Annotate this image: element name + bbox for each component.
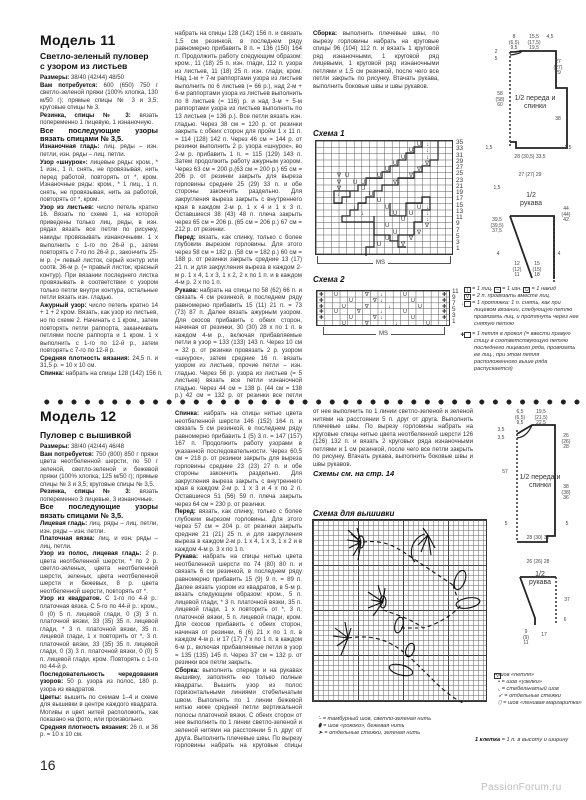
svg-text:∇: ∇	[416, 229, 422, 236]
svg-text:U: U	[385, 223, 389, 229]
section-divider	[40, 399, 580, 405]
m11-armhole-height: 27 (27) 29	[551, 60, 565, 77]
model12-back: Спинка: набрать на спицы нитью цвета нео…	[175, 410, 302, 508]
svg-text:∇: ∇	[364, 292, 369, 298]
model11-rib: Резинка, спицы № 3: вязать попеременно 1…	[40, 112, 158, 127]
model11-subtitle: Светло-зеленый пуловер с узором из листь…	[40, 51, 158, 71]
svg-text:↓: ↓	[353, 205, 356, 211]
model11-cord: Узор «шнурок»: лицевые ряды: кром., * 1 …	[40, 159, 158, 204]
schema1-ms-label: MS	[373, 260, 388, 266]
model11-column-3: Сборка: выполнить плечевые швы, по вырез…	[313, 30, 439, 90]
rococo-stitch-icon: ⬮	[318, 723, 322, 729]
svg-text:U: U	[342, 304, 346, 310]
svg-text:↓: ↓	[361, 211, 364, 217]
m12-cuff-width-a: 9 (9) 11	[522, 630, 530, 647]
model11-leaf: Узор из листьев: число петель кратно 16.…	[40, 204, 158, 302]
m11-cuff-left: 4	[494, 252, 502, 258]
model11-title: Модель 11	[40, 32, 158, 48]
svg-text:U: U	[393, 161, 397, 167]
m12-bottom-width: 28 (30) 32	[516, 536, 560, 542]
model12-front: Перед: вязать, как спинку, только с боле…	[175, 508, 302, 553]
m11-neck-depth-bottom: 5	[492, 57, 500, 63]
m11-cuff-width-a: 12 (12) 11	[512, 262, 522, 279]
m12-side-height: 38 (38) 36	[560, 485, 572, 502]
svg-text:✚: ✚	[319, 315, 324, 321]
m11-sleeve-top-width: 27 (27) 29	[510, 173, 550, 179]
svg-text:∇: ∇	[408, 235, 414, 242]
model12-density: Средняя плотность вязания: 26 п. и 36 р.…	[40, 724, 158, 739]
svg-text:U: U	[353, 180, 357, 186]
lace-pattern-symbols: ✚U∇↓U✚ ✚U∇↓U✚ ✚U∇↓U✚ ✚U∇↓U✚ ✚U∇↓U✚ U∇↓U	[317, 291, 451, 327]
m12-armhole-height: 26 (26) 28	[560, 434, 572, 451]
svg-text:U: U	[417, 142, 421, 148]
model12-garter: Платочная вязка: лиц. и изн. ряды – лиц.…	[40, 535, 158, 550]
schema2-chart: ✚U∇↓U✚ ✚U∇↓U✚ ✚U∇↓U✚ ✚U∇↓U✚ ✚U∇↓U✚ U∇↓U	[316, 290, 450, 326]
svg-text:U: U	[409, 211, 413, 217]
svg-text:U: U	[385, 167, 389, 173]
model11-sizes: Размеры: 38/40 (42/44) 48/50	[40, 74, 158, 82]
model11-density: Средняя плотность вязания: 24,5 п. и 31,…	[40, 355, 158, 370]
svg-text:U: U	[417, 205, 421, 211]
m12-cuff-width-b: 17	[539, 633, 549, 639]
model12-sequence: Последовательность чередования узоров: 5…	[40, 671, 158, 694]
embroidery-title: Схема для вышивки	[313, 509, 394, 518]
m11-sleeve-label: 1/2 рукава	[518, 192, 544, 208]
stitch-legend: V= шов «петля» • = шов «узелки» ◟ = стеб…	[494, 672, 584, 707]
cell-note: 1 клетка = 1 п. в высоту и ширину	[475, 737, 585, 744]
model12-rib: Резинка, спицы № 3: вязать попеременно 3…	[40, 488, 158, 503]
m12-neck-depth-top: 3,5	[496, 428, 506, 434]
model12-stockinette: Лицевая гладь: лиц. ряды – лиц. петли, и…	[40, 520, 158, 535]
model11-back: набрать на спицы 128 (142) 156 п. и связ…	[175, 30, 302, 234]
m11-cuff-right: 4	[555, 252, 563, 258]
separate-stitch-icon: ➶	[498, 693, 503, 699]
svg-text:↓: ↓	[426, 148, 429, 154]
schema1-chart: U↓ U↓ U↓ U∇ U∇ ∇UU∇ ∇UU∇ ∇U ↓U ↓U ↓UU↓ ↓…	[315, 140, 453, 255]
svg-text:U: U	[385, 205, 389, 211]
schema1-row-numbers: 353331 292725 232119 171513 1197 531	[456, 140, 470, 253]
svg-text:U: U	[411, 315, 415, 321]
schema1-title: Схема 1	[313, 129, 345, 138]
svg-text:U: U	[401, 155, 405, 161]
m12-front-length: 57	[500, 470, 510, 476]
skpo-symbol-icon: ↓	[464, 301, 471, 307]
svg-text:↓: ↓	[388, 304, 391, 310]
page-number: 16	[40, 757, 56, 773]
lazy-daisy-icon: ⬯	[498, 700, 502, 706]
svg-text:✚: ✚	[442, 315, 447, 321]
m11-shoulder-width: 15,5 (17,5) 19,5	[524, 35, 544, 52]
svg-text:U: U	[377, 198, 381, 204]
m11-bottom-width: 28 (30,5) 33,5	[510, 155, 550, 161]
model11-materials: Вам потребуется: 600 (650) 750 г светло-…	[40, 82, 158, 112]
m12-rib-left: 5	[502, 522, 510, 528]
m11-shoulder-drop: 4,5	[545, 35, 555, 41]
m12-neck-width: 6,5 (6,5) 9,5	[514, 410, 526, 427]
svg-text:∇: ∇	[424, 222, 430, 229]
m12-neck-depth-bottom: 3,5	[496, 436, 506, 442]
svg-text:U: U	[393, 211, 397, 217]
model12-schemes-reference: Схемы см. на стр. 14	[313, 470, 473, 478]
svg-text:U: U	[418, 304, 422, 310]
m11-front-length: 58 (58) 60	[494, 92, 506, 109]
legend-row-k2tog: ∇= 2 п. провязать вместе лиц.	[464, 293, 582, 300]
m12-body-label: 1/2 переда и спинки	[518, 474, 562, 490]
model11-back-start: Спинка: набрать на спицы 128 (142) 156 п…	[40, 370, 158, 378]
schema2-ms-label: MS	[376, 331, 391, 337]
model12-column-2: Спинка: набрать на спицы нитью цвета нео…	[175, 410, 302, 750]
svg-text:↓: ↓	[380, 298, 383, 304]
model11-assembly: Сборка: выполнить плечевые швы, по вырез…	[313, 30, 439, 90]
embroidery-legend: ‵‐ = тамбурный шов, светло-зеленая нить …	[318, 716, 478, 737]
m12-sleeve-top-width: 26 (26) 28	[518, 560, 558, 566]
watermark: PassionForum.ru	[481, 782, 562, 793]
model12-flowers: Цветы: вышить по схемам 1–4 и схеме для …	[40, 694, 158, 724]
m11-neck-width: 8 (6,5) 9,5	[508, 35, 520, 52]
stem-stitch-icon: ◟	[498, 686, 500, 692]
m12-sleeve-label: 1/2 рукава	[527, 571, 553, 587]
dropped-stitch-symbol-icon: ✚	[464, 332, 471, 338]
model11-sleeves: Рукава: набрать на спицы по 58 (62) 66 п…	[175, 287, 302, 400]
model12-subtitle: Пуловер с вышивкой	[40, 430, 158, 440]
legend-row-skpo: ↓= 1 протяжка: 1 п. снять, как при лицев…	[464, 300, 582, 328]
m11-rib-left: 1,5	[484, 146, 494, 152]
legend-loop-stitch: V= шов «петля»	[494, 672, 584, 679]
m11-sleeve-top-marker: 1,5	[492, 186, 502, 192]
m11-cuff-width-b: 15 (15) 18	[532, 262, 542, 279]
legend-lazy-daisy: ⬯ = шов «ленивая маргаритка»	[494, 700, 584, 707]
svg-text:U: U	[385, 236, 389, 242]
chain-stitch-icon: ‵‐	[318, 716, 321, 722]
model11-all-next: Все последующие узоры вязать спицами № 3…	[40, 127, 158, 144]
m12-rib-right: 5	[563, 522, 571, 528]
schema2-title: Схема 2	[313, 275, 345, 284]
model12-column-3: от нее выполнить по 1 линии светло-зелен…	[313, 408, 473, 478]
svg-text:↓: ↓	[345, 198, 348, 204]
legend-rococo-stitch: ⬮ = шов «рококо», бежевая нить	[318, 723, 478, 730]
svg-text:U: U	[377, 173, 381, 179]
m12-shoulder-width: 19,5 (21,5) 22,5	[531, 410, 551, 427]
svg-text:∇: ∇	[372, 298, 377, 304]
embroidery-chart	[312, 519, 487, 702]
svg-text:U: U	[393, 230, 397, 236]
m12-sleeve-cuff: 6	[561, 618, 569, 624]
model12-materials: Вам потребуется: 750 (800) 850 г пряжи ц…	[40, 451, 158, 489]
svg-text:∇: ∇	[364, 304, 369, 310]
legend-chain-stitch: ‵‐ = тамбурный шов, светло-зеленая нить	[318, 716, 478, 723]
model12-column-1: Модель 12 Пуловер с вышивкой Размеры: 38…	[40, 408, 158, 739]
svg-text:U: U	[377, 242, 381, 248]
model11-lace: Ажурный узор: число петель кратно 14 + 1…	[40, 302, 158, 355]
legend-row-dropped: ✚= 1 петля в прокол (= ввести правую спи…	[464, 331, 582, 373]
svg-text:U: U	[409, 148, 413, 154]
model12-stripes: Узор из полос, лицевая гладь: 2 р. цвета…	[40, 550, 158, 595]
legend-separate-green: ➤ = отдельные стежки, зеленая нить	[318, 730, 478, 737]
model11-column-1: Модель 11 Светло-зеленый пуловер с узоро…	[40, 32, 158, 377]
svg-text:U: U	[349, 298, 353, 304]
svg-text:U: U	[401, 217, 405, 223]
svg-text:U: U	[411, 298, 415, 304]
legend-knot-stitch: • = шов «узелки»	[494, 679, 584, 686]
svg-text:↓: ↓	[380, 315, 383, 321]
m11-sleeve-length: 44 (44) 42	[560, 207, 572, 224]
m12-sleeve-length: 37	[562, 598, 572, 604]
svg-text:∇: ∇	[372, 315, 377, 321]
model11-column-2: набрать на спицы 128 (142) 156 п. и связ…	[175, 30, 302, 400]
leaf-pattern-outline: U↓ U↓ U↓ U∇ U∇ ∇UU∇ ∇UU∇ ∇U ↓U ↓U ↓UU↓ ↓…	[316, 141, 454, 256]
loop-stitch-icon: V	[494, 673, 501, 679]
m11-sleeve-slant: 39,5 (39,5) 37,5	[490, 218, 504, 235]
separate-stitches-icon: ➤	[318, 730, 323, 736]
legend-row-basic: |= 1 лиц. –= 1 изн. U= 1 накид	[464, 286, 582, 293]
svg-text:U: U	[349, 315, 353, 321]
svg-text:U: U	[334, 309, 338, 315]
svg-text:∇: ∇	[356, 309, 361, 315]
m11-side-height: 38	[553, 117, 563, 123]
svg-text:U: U	[403, 292, 407, 298]
model12-sleeves: Рукава: набрать на спицы нитью цвета нео…	[175, 553, 302, 666]
m11-rib-right: 1,5	[563, 146, 573, 152]
model12-title: Модель 12	[40, 408, 158, 424]
svg-text:U: U	[369, 192, 373, 198]
model11-front: Перед: вязать, как спинку, только с боле…	[175, 234, 302, 287]
svg-text:∇: ∇	[336, 172, 342, 179]
svg-text:∇: ∇	[336, 179, 342, 186]
m11-body-label: 1/2 переда и спинки	[512, 95, 558, 111]
svg-text:U: U	[345, 173, 349, 179]
legend-separate-stitch: ➶ = отдельные стежки	[494, 693, 584, 700]
m11-neck-depth-top: 2	[492, 50, 500, 56]
embroidery-motif	[313, 520, 488, 703]
model11-purl: Изнаночная гладь: лиц. ряды – изн. петли…	[40, 143, 158, 158]
model11-stitch-legend: |= 1 лиц. –= 1 изн. U= 1 накид ∇= 2 п. п…	[464, 286, 582, 373]
svg-text:U: U	[403, 309, 407, 315]
model12-all-next: Все последующие узоры вязать спицами № 3…	[40, 503, 158, 520]
svg-text:↓: ↓	[337, 192, 340, 198]
svg-text:U: U	[334, 292, 338, 298]
model12-sizes: Размеры: 38/40 (42/44) 46/48	[40, 443, 158, 451]
model12-squares: Узор из квадратов. С 1-го по 4-й р.: пла…	[40, 595, 158, 670]
svg-text:U: U	[361, 186, 365, 192]
model12-assembly: Сборка: выполнить спереди и на рукавах в…	[175, 667, 302, 750]
legend-stem-stitch: ◟ = стебельчатый шов	[494, 686, 584, 693]
model12-assembly-continued: от нее выполнить по 1 линии светло-зелен…	[313, 408, 473, 468]
knot-stitch-icon: •	[498, 679, 500, 685]
